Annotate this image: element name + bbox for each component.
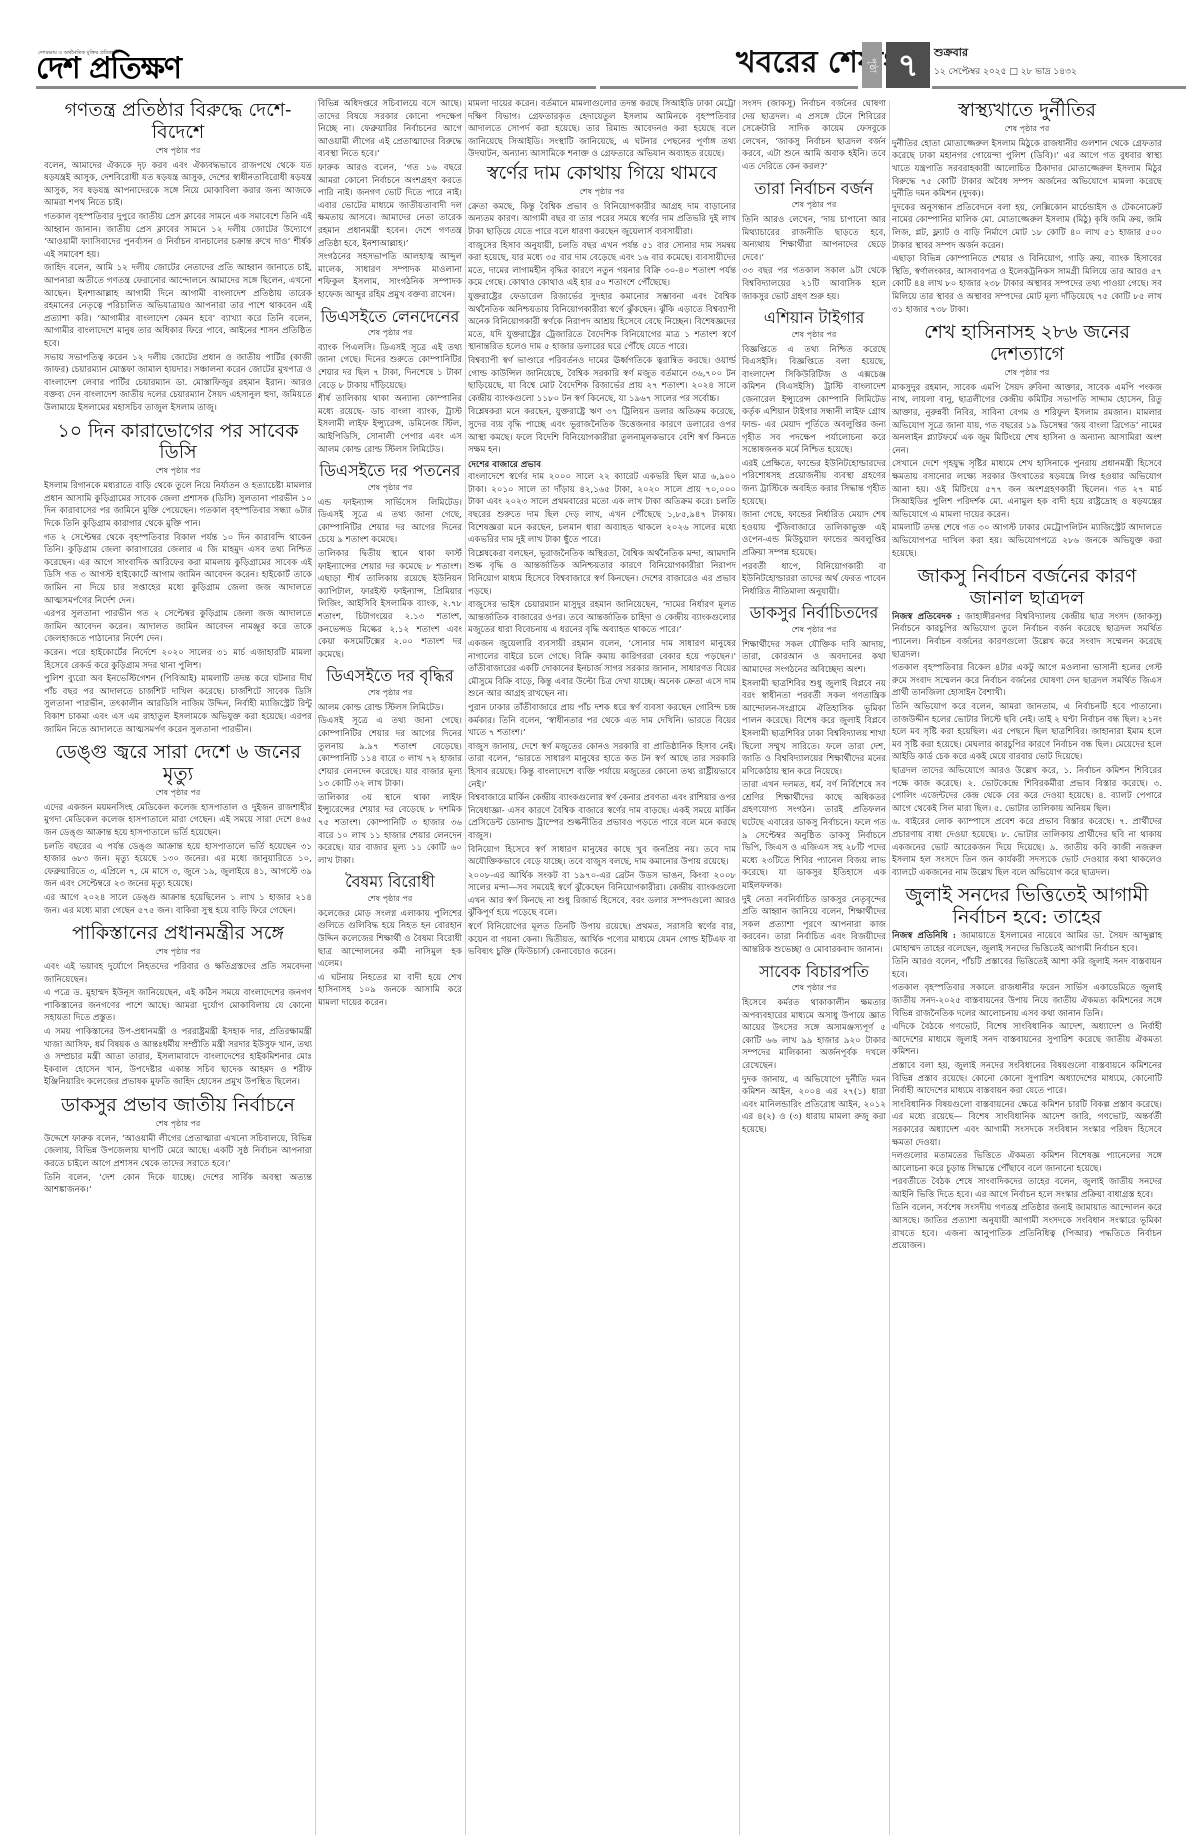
story-body: দুর্নীতির হোতা মোতাজ্জেরুল ইসলাম মিঠুকে … [892, 138, 1162, 316]
story-body: মাকসুদুর রহমান, সাবেক এমপি সৈয়দ রুবিনা … [892, 382, 1162, 560]
headline[interactable]: ডিএসইতে লেনদেনের [318, 308, 462, 326]
headline[interactable]: পাকিস্তানের প্রধানমন্ত্রীর সঙ্গে [44, 923, 312, 945]
jump-label: শেষ পৃষ্ঠার পর [468, 186, 736, 199]
column-divider [315, 100, 316, 1835]
story-body: বিজ্ঞপ্তিতে এ তথ্য নিশ্চিত করেছে বিএসইসি… [742, 344, 886, 599]
story-body: নিজস্ব প্রতিবেদক : জাহাঙ্গীরনগর বিশ্ববিদ… [892, 611, 1162, 879]
story-body: সংসদ (জাকসু) নির্বাচন বর্জনের ঘোষণা দেয়… [742, 98, 886, 174]
jump-label: শেষ পৃষ্ঠার পর [44, 1118, 312, 1131]
story-tara-nirbachon[interactable]: তারা নির্বাচন বর্জন শেষ পৃষ্ঠার পর তিনি … [742, 180, 886, 304]
headline[interactable]: জাকসু নির্বাচন বর্জনের কারণ জানাল ছাত্রদ… [892, 566, 1162, 610]
story-body: নিজস্ব প্রতিনিধি : জামায়াতে ইসলামের নায… [892, 930, 1162, 1253]
jump-label: শেষ পৃষ্ঠার পর [44, 145, 312, 158]
headline[interactable]: এশিয়ান টাইগার [742, 309, 886, 327]
headline[interactable]: ১০ দিন কারাভোগের পর সাবেক ডিসি [44, 421, 312, 465]
headline[interactable]: গণতন্ত্র প্রতিষ্ঠার বিরুদ্ধে দেশে-বিদেশে [44, 100, 312, 144]
jump-label: শেষ পৃষ্ঠার পর [892, 123, 1162, 136]
jump-label: শেষ পৃষ্ঠার পর [44, 946, 312, 959]
column-divider [739, 100, 740, 1835]
jump-label: শেষ পৃষ্ঠার পর [742, 982, 886, 995]
story-dakshu-prova[interactable]: ডাকসুর প্রভাব জাতীয় নির্বাচনে শেষ পৃষ্ঠ… [44, 1095, 312, 1197]
headline[interactable]: ডাকসুর প্রভাব জাতীয় নির্বাচনে [44, 1095, 312, 1117]
story-asian-tiger[interactable]: এশিয়ান টাইগার শেষ পৃষ্ঠার পর বিজ্ঞপ্তিত… [742, 309, 886, 598]
story-sheikh-hasina[interactable]: শেখ হাসিনাসহ ২৮৬ জনের দেশত্যাগে শেষ পৃষ্… [892, 322, 1162, 560]
column-4: সংসদ (জাকসু) নির্বাচন বর্জনের ঘোষণা দেয়… [742, 98, 886, 1837]
story-body: তিনি আরও লেখেন, ‘দায় চাপানো আর মিথ্যাচা… [742, 214, 886, 303]
issue-day: শুক্রবার [934, 44, 968, 63]
story-july-sonod[interactable]: জুলাই সনদের ভিত্তিতেই আগামী নির্বাচন হবে… [892, 885, 1162, 1253]
headline[interactable]: ডিএসইতে দর বৃদ্ধির [318, 667, 462, 685]
story-body: ক্রেতা কমছে, কিন্তু বৈশ্বিক প্রভাব ও বিন… [468, 201, 736, 959]
jump-label: শেষ পৃষ্ঠার পর [318, 893, 462, 906]
story-gonotontro[interactable]: গণতন্ত্র প্রতিষ্ঠার বিরুদ্ধে দেশে-বিদেশে… [44, 100, 312, 415]
story-dse-lenden[interactable]: ডিএসইতে লেনদেনের শেষ পৃষ্ঠার পর ব্যাংক প… [318, 308, 462, 457]
story-sabek-bicharpoti[interactable]: সাবেক বিচারপতি শেষ পৃষ্ঠার পর হিসেবে কর্… [742, 963, 886, 1137]
page-number: ৭ [886, 42, 930, 88]
story-body: উদ্দেশে ফারুক বলেন, ‘আওয়ামী লীগের প্রেত… [44, 1133, 312, 1197]
story-dengue[interactable]: ডেঙ্গু জ্বরে সারা দেশে ৬ জনের মৃত্যু শেষ… [44, 742, 312, 917]
story-body: কলেজের মোড় সংলগ্ন এলাকায় পুলিশের গুলিত… [318, 908, 462, 1010]
column-5: স্বাস্থ্যখাতে দুর্নীতির শেষ পৃষ্ঠার পর দ… [892, 98, 1162, 1837]
headline[interactable]: স্বাস্থ্যখাতে দুর্নীতির [892, 100, 1162, 122]
column-divider [465, 100, 466, 1835]
jump-label: শেষ পৃষ্ঠার পর [44, 787, 312, 800]
story-body: ইসলাম রিগানকে মধ্যরাতে বাড়ি থেকে তুলে ন… [44, 480, 312, 736]
story-body: বলেন, আমাদের ঐক্যকে দৃঢ় করব এবং ঐক্যবদ্… [44, 160, 312, 415]
column-divider [889, 100, 890, 1835]
jump-label: শেষ পৃষ্ঠার পর [318, 482, 462, 495]
story-pakistan[interactable]: পাকিস্তানের প্রধানমন্ত্রীর সঙ্গে শেষ পৃষ… [44, 923, 312, 1089]
header-rule [36, 86, 596, 89]
subheading: দেশের বাজারে প্রভাব [468, 459, 736, 472]
story-body: এদের একজন ময়মনসিংহ মেডিকেল কলেজ হাসপাতা… [44, 802, 312, 917]
column-3: মামলা দায়ের করেন। বর্তমানে মামলাগুলোর ত… [468, 98, 736, 1837]
story-body: শিক্ষার্থীদের সকল যৌক্তিক দাবি আদায়, তা… [742, 639, 886, 957]
headline[interactable]: বৈষম্য বিরোধী [318, 873, 462, 891]
jump-label: শেষ পৃষ্ঠার পর [742, 199, 886, 212]
header-rule [600, 86, 858, 89]
jump-label: শেষ পৃষ্ঠার পর [892, 367, 1162, 380]
story-dse-briddhi[interactable]: ডিএসইতে দর বৃদ্ধির শেষ পৃষ্ঠার পর আলম কো… [318, 667, 462, 867]
headline[interactable]: সাবেক বিচারপতি [742, 963, 886, 981]
story-body: মামলা দায়ের করেন। বর্তমানে মামলাগুলোর ত… [468, 98, 736, 161]
headline[interactable]: ডিএসইতে দর পতনের [318, 462, 462, 480]
story-body: ব্যাংক পিএলসি। ডিএসই সূত্রে এই তথ্য জানা… [318, 342, 462, 456]
headline[interactable]: তারা নির্বাচন বর্জন [742, 180, 886, 198]
jump-label: শেষ পৃষ্ঠার পর [318, 327, 462, 340]
issue-date: ১২ সেপ্টেম্বর ২০২৫ □ ২৮ ভাদ্র ১৪৩২ [934, 64, 1077, 79]
byline: নিজস্ব প্রতিনিধি : [892, 931, 956, 941]
story-sworno[interactable]: মামলা দায়ের করেন। বর্তমানে মামলাগুলোর ত… [468, 98, 736, 959]
story-body: এন্ড ফাইন্যান্স সার্ভিসেস লিমিটেড। ডিএসই… [318, 497, 462, 662]
page-label: পৃষ্ঠা [862, 42, 882, 88]
story-boishommo[interactable]: বৈষম্য বিরোধী শেষ পৃষ্ঠার পর কলেজের মোড়… [318, 873, 462, 1009]
column-2: বিভিন্ন অধিদপ্তরে সচিবালয়ে বসে আছে। তাদ… [318, 98, 462, 1837]
newspaper-logo[interactable]: দেশ প্রতিক্ষণ [36, 54, 181, 84]
column-1: গণতন্ত্র প্রতিষ্ঠার বিরুদ্ধে দেশে-বিদেশে… [44, 98, 312, 1837]
story-body: বিভিন্ন অধিদপ্তরে সচিবালয়ে বসে আছে। তাদ… [318, 98, 462, 302]
byline: নিজস্ব প্রতিবেদক : [892, 612, 960, 622]
header-rule [932, 86, 1186, 89]
masthead: দেশরক্ষায় ও অর্থনৈতিক মুক্তির প্রতিশ্রু… [0, 0, 1200, 92]
jump-label: শেষ পৃষ্ঠার পর [742, 329, 886, 342]
jump-label: শেষ পৃষ্ঠার পর [318, 687, 462, 700]
story-dse-potoner[interactable]: ডিএসইতে দর পতনের শেষ পৃষ্ঠার পর এন্ড ফাই… [318, 462, 462, 661]
story-dakshu-nirbachito[interactable]: ডাকসুর নির্বাচিতদের শেষ পৃষ্ঠার পর শিক্ষ… [742, 604, 886, 956]
story-body: এবং এই ভয়াবহ দুর্যোগে নিহতদের পরিবার ও … [44, 961, 312, 1089]
jump-label: শেষ পৃষ্ঠার পর [44, 465, 312, 478]
headline[interactable]: ডেঙ্গু জ্বরে সারা দেশে ৬ জনের মৃত্যু [44, 742, 312, 786]
headline[interactable]: স্বর্ণের দাম কোথায় গিয়ে থামবে [468, 163, 736, 185]
story-shastho[interactable]: স্বাস্থ্যখাতে দুর্নীতির শেষ পৃষ্ঠার পর দ… [892, 100, 1162, 316]
story-ex-dc[interactable]: ১০ দিন কারাভোগের পর সাবেক ডিসি শেষ পৃষ্ঠ… [44, 421, 312, 737]
story-body: আলম কোল্ড রোল্ড স্টিলস লিমিটেড। ডিএসই সূ… [318, 702, 462, 868]
story-jakshu-borjon[interactable]: জাকসু নির্বাচন বর্জনের কারণ জানাল ছাত্রদ… [892, 566, 1162, 879]
story-gonotontro-continued: বিভিন্ন অধিদপ্তরে সচিবালয়ে বসে আছে। তাদ… [318, 98, 462, 302]
headline[interactable]: জুলাই সনদের ভিত্তিতেই আগামী নির্বাচন হবে… [892, 885, 1162, 929]
story-jakshu-intro: সংসদ (জাকসু) নির্বাচন বর্জনের ঘোষণা দেয়… [742, 98, 886, 174]
headline[interactable]: শেখ হাসিনাসহ ২৮৬ জনের দেশত্যাগে [892, 322, 1162, 366]
jump-label: শেষ পৃষ্ঠার পর [742, 624, 886, 637]
headline[interactable]: ডাকসুর নির্বাচিতদের [742, 604, 886, 622]
story-body: হিসেবে কর্মরত থাকাকালীন ক্ষমতার অপব্যবহা… [742, 997, 886, 1137]
